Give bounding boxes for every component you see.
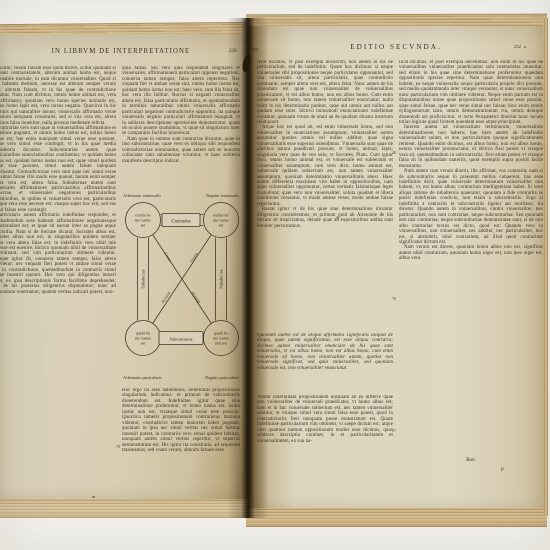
circle-text: est — [219, 223, 224, 228]
paragraph: Nam verum est dicere, quoniam homo albus… — [399, 245, 543, 261]
margin-number: 70 — [392, 296, 396, 301]
relation-contradictoriae-label: Contra — [189, 251, 199, 263]
diagram-label-particular-negative: Negatio particularis — [205, 375, 239, 380]
paper-speck — [524, 46, 526, 48]
relation-contradictoriae-label: Contra — [163, 251, 173, 263]
catchword: Boo. — [399, 458, 543, 463]
right-page-lemma-italic-block: Quoniam autem est de aliquo affirmatio s… — [257, 333, 393, 393]
margin-number: 79 — [116, 444, 120, 449]
margin-number: 40 — [392, 150, 396, 155]
diagram-label-universal-affirmative: Affirmatio vniuersalis — [123, 193, 161, 198]
signature-mark: P — [501, 468, 504, 473]
right-page-column-1-bottom-text: Volunt indefinitam propositionem nusquam… — [257, 395, 393, 461]
left-running-header: IN LIBRVM DE INTERPRETATIONE — [32, 48, 210, 55]
paragraph: Atque hoc est quod ait, est enim vniuers… — [257, 125, 393, 207]
left-page-column-1-text: re dicitur, veram falsam esse quod dicer… — [0, 66, 116, 456]
square-of-opposition-diagram: Affirmatio vniuersalis Negatio vniuersal… — [122, 192, 240, 382]
left-page-column-2-top-text: quia falsas. Sin vero quis respondeat si… — [122, 66, 240, 192]
page-block-bottom-edge-left — [0, 499, 248, 518]
page-block-bottom-edge-right — [246, 508, 547, 527]
paragraph: ficat dicimus, et post exempla docebimus… — [399, 60, 543, 125]
right-page-column-2-text: ficat dicimus, et post exempla docebimus… — [399, 60, 543, 454]
circle-text: non est — [215, 341, 228, 346]
right-page-column-1-top-text: ferat dicimus, vt post exempla docuerim,… — [257, 60, 393, 331]
diagram-label-particular-affirmative: Affirmatio particularis — [123, 375, 162, 380]
book-photo: IN LIBRVM DE INTERPRETATIONE 230 EDITIO … — [0, 0, 550, 550]
left-page-column-2-bottom-text: Huc ergo ita sese habentibus, indefinita… — [122, 388, 240, 470]
relation-subalternae-right-label: Subalternæ — [219, 269, 224, 288]
paper-speck — [92, 496, 95, 498]
circle-text: est — [141, 223, 146, 228]
paragraph: Contrariae vero sunt quae in vniuersalib… — [0, 126, 116, 213]
relation-subalternae-left-label: Subalternæ — [141, 269, 146, 288]
relation-contrariae-label: Contrariæ — [171, 220, 191, 225]
paragraph: Interest autem ad vniuersalium terminoru… — [399, 125, 543, 169]
page-block-fore-edge — [543, 18, 548, 516]
paragraph: Nam quae in summo sunt contrariae dicunt… — [122, 137, 240, 164]
paragraph: Restat igitur vt de his quae sine determ… — [257, 207, 393, 229]
paragraph: Num autem cum verum dixerit, ille affirm… — [399, 169, 543, 245]
paragraph: Volunt indefinitam propositionem nusquam… — [257, 395, 393, 444]
diagram-label-universal-negative: Negatio vniuersalis — [206, 193, 240, 198]
lemma-paragraph: Quoniam autem est de aliquo affirmatio s… — [257, 333, 393, 371]
paragraph: quia falsas. Sin vero quis respondeat si… — [122, 66, 240, 137]
right-column-number-inner: 231 — [252, 47, 259, 52]
right-running-header: EDITIO SECVNDA. — [321, 43, 471, 51]
margin-number: 17 — [392, 428, 396, 433]
paragraph: ferat dicimus, vt post exempla docuerim,… — [257, 60, 393, 125]
left-column-number: 230 — [229, 49, 237, 54]
paragraph: re dicitur, veram falsam esse quod dicer… — [0, 66, 116, 126]
paragraph: Particularis autem affirmatio indefinita… — [0, 213, 116, 295]
paragraph: Huc ergo ita sese habentibus, indefinita… — [122, 388, 240, 453]
relation-subcontrariae-label: Subcontrariæ — [170, 337, 193, 342]
circle-text: est — [141, 341, 146, 346]
right-column-number-outer: 232 — [514, 44, 521, 49]
relation-contradictoriae-label: dictoriæ — [191, 290, 203, 304]
